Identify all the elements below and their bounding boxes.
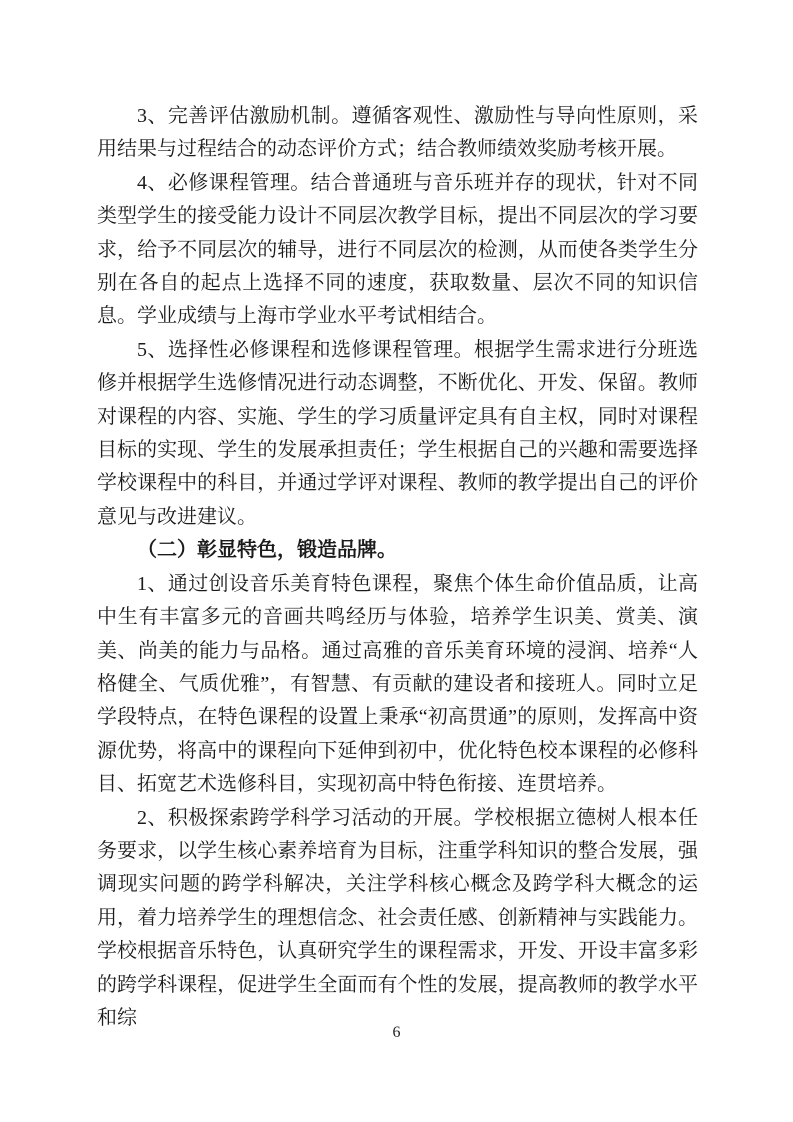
paragraph-elective-course-management: 5、选择性必修课程和选修课程管理。根据学生需求进行分班选修并根据学生选修情况进行…: [97, 334, 698, 534]
paragraph-music-aesthetic-course: 1、通过创设音乐美育特色课程，聚焦个体生命价值品质，让高中生有丰富多元的音画共鸣…: [97, 568, 698, 802]
paragraph-required-course-management: 4、必修课程管理。结合普通班与音乐班并存的现状，针对不同类型学生的接受能力设计不…: [97, 167, 698, 334]
document-body: 3、完善评估激励机制。遵循客观性、激励性与导向性原则，采用结果与过程结合的动态评…: [97, 100, 698, 1035]
paragraph-evaluation-incentive: 3、完善评估激励机制。遵循客观性、激励性与导向性原则，采用结果与过程结合的动态评…: [97, 100, 698, 167]
page-footer: 6: [0, 1023, 793, 1043]
paragraph-interdisciplinary-learning: 2、积极探索跨学科学习活动的开展。学校根据立德树人根本任务要求，以学生核心素养培…: [97, 802, 698, 1036]
section-heading-feature-brand: （二）彰显特色，锻造品牌。: [97, 534, 698, 567]
document-page: 3、完善评估激励机制。遵循客观性、激励性与导向性原则，采用结果与过程结合的动态评…: [0, 0, 793, 1122]
page-number: 6: [393, 1023, 401, 1043]
